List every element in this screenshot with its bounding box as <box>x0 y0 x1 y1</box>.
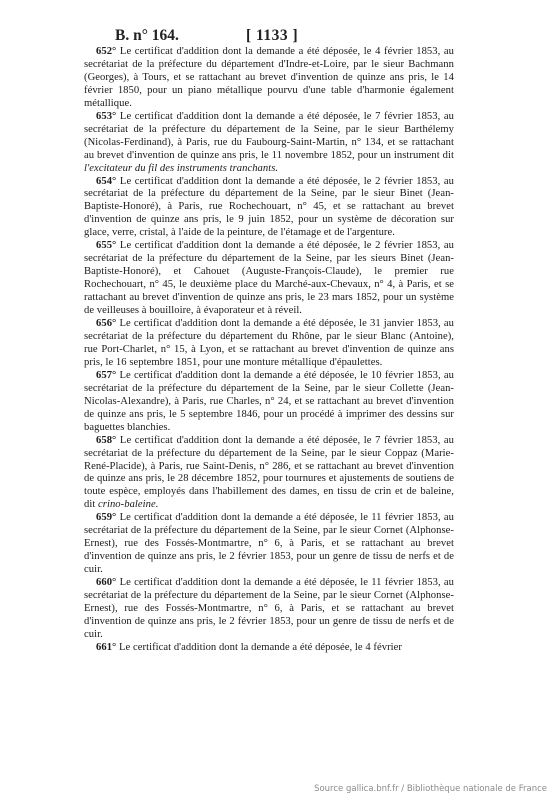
entry-text: Le certificat d'addition dont la demande… <box>119 642 402 653</box>
entry-text: Le certificat d'addition dont la demande… <box>84 512 454 575</box>
document-page: B. n° 164. [ 1133 ] 652° Le certificat d… <box>84 27 454 655</box>
entry-text: Le certificat d'addition dont la demande… <box>84 111 454 161</box>
entry-number: 653° <box>96 111 116 122</box>
entry-653: 653° Le certificat d'addition dont la de… <box>84 111 454 176</box>
entry-italic-text: crino-baleine. <box>98 499 158 510</box>
entry-659: 659° Le certificat d'addition dont la de… <box>84 512 454 577</box>
entry-number: 652° <box>96 46 116 57</box>
entry-text: Le certificat d'addition dont la demande… <box>84 318 454 368</box>
entry-number: 656° <box>96 318 116 329</box>
entry-text: Le certificat d'addition dont la demande… <box>84 370 454 433</box>
entry-655: 655° Le certificat d'addition dont la de… <box>84 240 454 318</box>
entry-number: 657° <box>96 370 116 381</box>
entry-656: 656° Le certificat d'addition dont la de… <box>84 318 454 370</box>
entry-italic-text: l'excitateur du fil des instruments tran… <box>84 163 278 174</box>
source-attribution: Source gallica.bnf.fr / Bibliothèque nat… <box>314 784 547 794</box>
entry-660: 660° Le certificat d'addition dont la de… <box>84 577 454 642</box>
entry-text: Le certificat d'addition dont la demande… <box>84 240 454 316</box>
entry-661: 661° Le certificat d'addition dont la de… <box>84 642 454 655</box>
entry-text: Le certificat d'addition dont la demande… <box>84 46 454 109</box>
entry-number: 661° <box>96 642 116 653</box>
entry-text: Le certificat d'addition dont la demande… <box>84 176 454 239</box>
entry-text: Le certificat d'addition dont la demande… <box>84 577 454 640</box>
entry-number: 660° <box>96 577 116 588</box>
entry-658: 658° Le certificat d'addition dont la de… <box>84 435 454 513</box>
page-number: [ 1133 ] <box>246 27 298 45</box>
entry-number: 658° <box>96 435 116 446</box>
entry-652: 652° Le certificat d'addition dont la de… <box>84 46 454 111</box>
page-header: B. n° 164. [ 1133 ] <box>84 27 454 46</box>
entry-654: 654° Le certificat d'addition dont la de… <box>84 176 454 241</box>
entry-number: 654° <box>96 176 116 187</box>
entry-657: 657° Le certificat d'addition dont la de… <box>84 370 454 435</box>
bulletin-number: B. n° 164. <box>115 27 179 45</box>
entry-number: 655° <box>96 240 116 251</box>
entry-number: 659° <box>96 512 116 523</box>
